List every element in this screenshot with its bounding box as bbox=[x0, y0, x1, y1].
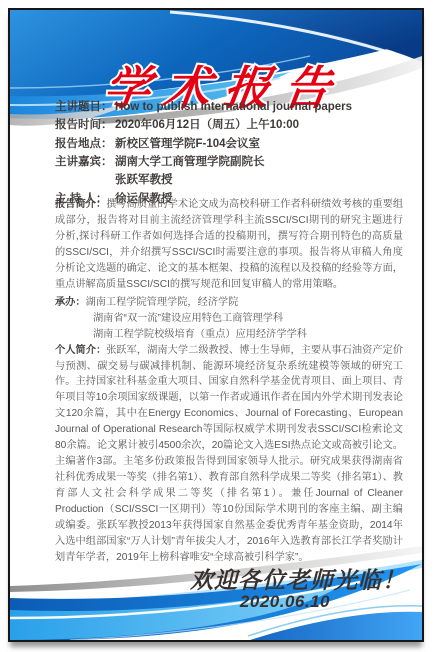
info-row-topic: 主讲题目： How to publish international journ… bbox=[55, 98, 404, 116]
welcome-line: 欢迎各位老师光临！ bbox=[190, 562, 406, 595]
topic-label: 主讲题目： bbox=[55, 98, 115, 116]
time-label: 报告时间： bbox=[55, 116, 115, 134]
academic-lecture-poster: 学术报告 主讲题目： How to publish international … bbox=[8, 8, 424, 642]
poster-page: 学术报告 主讲题目： How to publish international … bbox=[0, 0, 434, 652]
guest-name-line: 张跃军教授 bbox=[115, 172, 404, 189]
info-row-time: 报告时间： 2020年06月12日（周五）上午10:00 bbox=[55, 116, 404, 134]
bio-text: 张跃军，湖南大学二级教授、博士生导师，主要从事石油资产定价与预测、碳交易与碳减排… bbox=[55, 345, 403, 563]
guest-title-line: 湖南大学工商管理学院副院长 bbox=[115, 153, 404, 171]
guest-label: 主讲嘉宾： bbox=[55, 153, 115, 188]
location-label: 报告地点： bbox=[55, 135, 115, 153]
organizer-label: 承办： bbox=[55, 297, 86, 308]
poster-date: 2020.06.10 bbox=[240, 592, 330, 612]
bio-label: 个人简介： bbox=[55, 345, 106, 356]
topic-value: How to publish international journal pap… bbox=[115, 98, 404, 116]
abstract-text: 撰写高质量的学术论文成为高校科研工作者科研绩效考核的重要组成部分，报告将对目前主… bbox=[55, 199, 403, 290]
lecture-info-section: 主讲题目： How to publish international journ… bbox=[55, 98, 404, 208]
organizer-line-2: 湖南省“双一流”建设应用特色工商管理学科 bbox=[93, 311, 403, 327]
organizer-section: 承办：湖南工程学院管理学院，经济学院 湖南省“双一流”建设应用特色工商管理学科 … bbox=[55, 295, 403, 343]
abstract-paragraph: 报告简介：撰写高质量的学术论文成为高校科研工作者科研绩效考核的重要组成部分，报告… bbox=[55, 197, 403, 293]
organizer-line-1: 承办：湖南工程学院管理学院，经济学院 bbox=[55, 295, 403, 311]
location-value: 新校区管理学院F-104会议室 bbox=[115, 135, 404, 153]
info-row-guest: 主讲嘉宾： 湖南大学工商管理学院副院长 张跃军教授 bbox=[55, 153, 404, 188]
info-row-location: 报告地点： 新校区管理学院F-104会议室 bbox=[55, 135, 404, 153]
organizer-text-1: 湖南工程学院管理学院，经济学院 bbox=[86, 297, 239, 308]
bio-paragraph: 个人简介：张跃军，湖南大学二级教授、博士生导师，主要从事石油资产定价与预测、碳交… bbox=[55, 343, 403, 566]
organizer-line-3: 湖南工程学院校级培育（重点）应用经济学学科 bbox=[93, 327, 403, 343]
guest-value: 湖南大学工商管理学院副院长 张跃军教授 bbox=[115, 153, 404, 188]
poster-body-text: 报告简介：撰写高质量的学术论文成为高校科研工作者科研绩效考核的重要组成部分，报告… bbox=[55, 197, 403, 566]
time-value: 2020年06月12日（周五）上午10:00 bbox=[115, 116, 404, 134]
abstract-label: 报告简介： bbox=[55, 199, 106, 210]
